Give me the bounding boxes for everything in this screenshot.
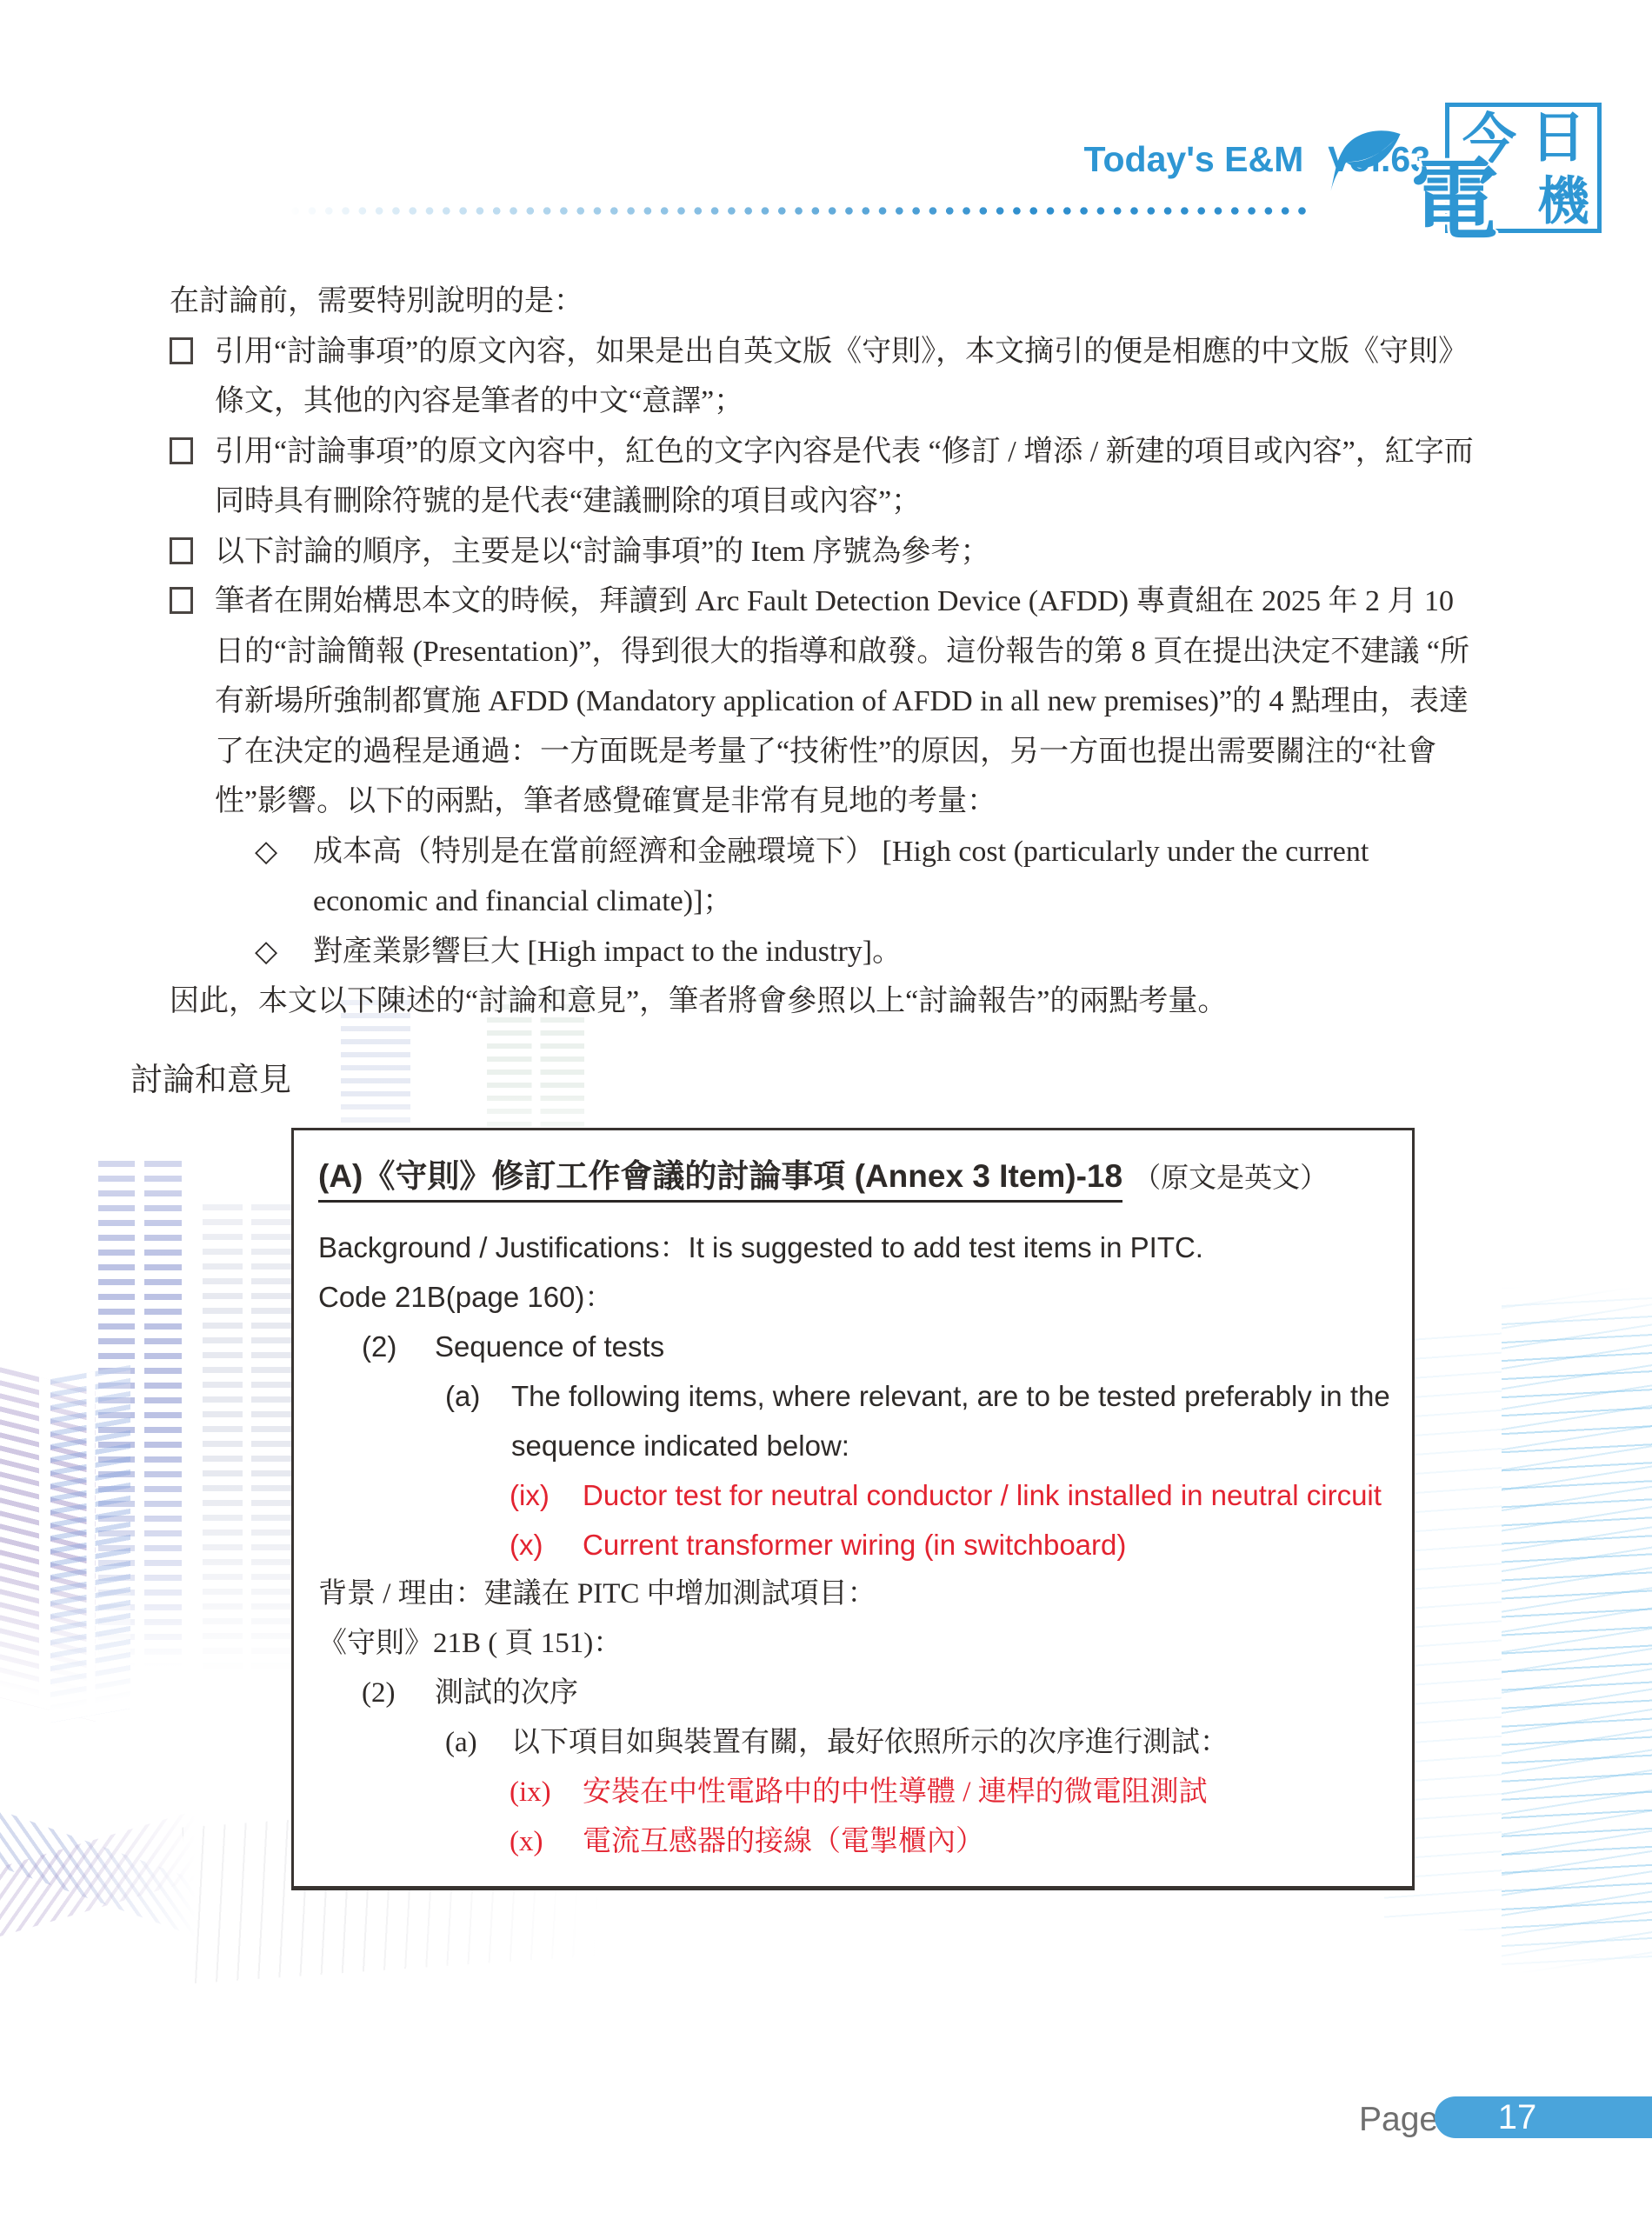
- box-line-text: Sequence of tests: [435, 1322, 1391, 1371]
- sub-note-item-2: ◇對產業影響巨大 [High impact to the industry]。: [255, 927, 1484, 977]
- box-line-label: (2): [362, 1669, 435, 1718]
- box-line-text: Ductor test for neutral conductor / link…: [583, 1470, 1391, 1520]
- box-line-text: 安裝在中性電路中的中性導體 / 連桿的微電阻測試: [583, 1768, 1391, 1817]
- checkbox-marker-icon: [170, 337, 193, 364]
- box-line-10: (a)以下項目如與裝置有關，最好依照所示的次序進行測試：: [445, 1718, 1391, 1768]
- checkbox-marker-icon: [170, 537, 193, 564]
- note-item-1: 引用“討論事項”的原文內容，如果是出自英文版《守則》，本文摘引的便是相應的中文版…: [170, 327, 1484, 427]
- box-line-6: (x)Current transformer wiring (in switch…: [510, 1520, 1391, 1570]
- note-item-2: 引用“討論事項”的原文內容中，紅色的文字內容是代表 “修訂 / 增添 / 新建的…: [170, 427, 1484, 527]
- logo-char-ri: 日: [1530, 110, 1586, 165]
- box-line-2: Code 21B(page 160)：: [318, 1272, 1391, 1322]
- note-text: 以下討論的順序，主要是以“討論事項”的 Item 序號為參考；: [215, 527, 1484, 577]
- diamond-marker-icon: ◇: [255, 827, 313, 927]
- checkbox-marker-icon: [170, 587, 193, 614]
- journal-title: Today's E&M: [1084, 139, 1304, 180]
- sub-note-text: 對產業影響巨大 [High impact to the industry]。: [313, 927, 1484, 977]
- logo-char-dian: 電: [1410, 157, 1499, 245]
- box-line-label: (x): [510, 1520, 583, 1570]
- checkbox-marker-icon: [170, 437, 193, 464]
- box-line-4: (a)The following items, where relevant, …: [445, 1371, 1391, 1470]
- article-content: 在討論前，需要特別說明的是： 引用“討論事項”的原文內容，如果是出自英文版《守則…: [130, 277, 1484, 1890]
- intro-line: 在討論前，需要特別說明的是：: [170, 277, 1484, 327]
- notes-list: 引用“討論事項”的原文內容，如果是出自英文版《守則》，本文摘引的便是相應的中文版…: [170, 327, 1484, 977]
- box-line-text: 背景 / 理由：建議在 PITC 中增加測試項目：: [318, 1570, 1391, 1619]
- box-line-5: (ix)Ductor test for neutral conductor / …: [510, 1470, 1391, 1520]
- diamond-marker-icon: ◇: [255, 927, 313, 977]
- note-text: 引用“討論事項”的原文內容中，紅色的文字內容是代表 “修訂 / 增添 / 新建的…: [215, 427, 1484, 527]
- logo-char-ji: 機: [1537, 176, 1589, 228]
- box-line-label: (a): [445, 1718, 511, 1768]
- box-line-1: Background / Justifications：It is sugges…: [318, 1223, 1391, 1272]
- box-line-7: 背景 / 理由：建議在 PITC 中增加測試項目：: [318, 1570, 1391, 1619]
- box-line-3: (2)Sequence of tests: [362, 1322, 1391, 1371]
- box-line-11: (ix)安裝在中性電路中的中性導體 / 連桿的微電阻測試: [510, 1768, 1391, 1817]
- box-line-text: 測試的次序: [435, 1669, 1391, 1718]
- note-text: 筆者在開始構思本文的時候，拜讀到 Arc Fault Detection Dev…: [215, 576, 1484, 976]
- closing-line: 因此，本文以下陳述的“討論和意見”，筆者將會參照以上“討論報告”的兩點考量。: [170, 976, 1484, 1027]
- box-line-label: (ix): [510, 1768, 583, 1817]
- box-line-label: (2): [362, 1322, 435, 1371]
- note-text: 引用“討論事項”的原文內容，如果是出自英文版《守則》，本文摘引的便是相應的中文版…: [215, 327, 1484, 427]
- box-line-9: (2)測試的次序: [362, 1669, 1391, 1718]
- note-item-4: 筆者在開始構思本文的時候，拜讀到 Arc Fault Detection Dev…: [170, 576, 1484, 976]
- building-watermark-left-cluster-2: [50, 1365, 130, 1723]
- article-body: 在討論前，需要特別說明的是： 引用“討論事項”的原文內容，如果是出自英文版《守則…: [170, 277, 1484, 1027]
- page-label: Page: [1359, 2101, 1438, 2139]
- box-line-text: 以下項目如與裝置有關，最好依照所示的次序進行測試：: [511, 1718, 1391, 1768]
- sub-note-text: 成本高（特別是在當前經濟和金融環境下） [High cost (particul…: [313, 827, 1484, 927]
- wave-lines-watermark-right: [1502, 1287, 1652, 1974]
- box-line-text: Code 21B(page 160)：: [318, 1272, 1391, 1322]
- box-line-label: (x): [510, 1817, 583, 1867]
- sub-note-item-1: ◇成本高（特別是在當前經濟和金融環境下） [High cost (particu…: [255, 827, 1484, 927]
- page-number: 17: [1498, 2098, 1537, 2137]
- section-heading: 討論和意見: [130, 1058, 1484, 1103]
- box-line-text: Current transformer wiring (in switchboa…: [583, 1520, 1391, 1570]
- magazine-page: Today's E&M Vol.63 今 日 電 機 在討論前，需要特別說明的是…: [0, 0, 1652, 2226]
- dotted-divider: [287, 206, 1311, 216]
- box-line-12: (x)電流互感器的接線（電掣櫃內）: [510, 1817, 1391, 1867]
- box-line-label: (ix): [510, 1470, 583, 1520]
- discussion-box-title: (A)《守則》修訂工作會議的討論事項 (Annex 3 Item)-18（原文是…: [318, 1150, 1391, 1203]
- page-number-badge: 17: [1435, 2096, 1652, 2138]
- box-line-text: 電流互感器的接線（電掣櫃內）: [583, 1817, 1391, 1867]
- discussion-box: (A)《守則》修訂工作會議的討論事項 (Annex 3 Item)-18（原文是…: [291, 1128, 1415, 1890]
- leaf-icon: [1329, 127, 1403, 197]
- note-item-3: 以下討論的順序，主要是以“討論事項”的 Item 序號為參考；: [170, 527, 1484, 577]
- discussion-box-title-note: （原文是英文）: [1133, 1162, 1328, 1193]
- box-line-text: The following items, where relevant, are…: [511, 1371, 1391, 1470]
- box-line-text: 《守則》21B ( 頁 151)：: [318, 1619, 1391, 1669]
- box-line-text: Background / Justifications：It is sugges…: [318, 1223, 1391, 1272]
- magazine-logo: 今 日 電 機: [1445, 103, 1602, 233]
- box-line-label: (a): [445, 1371, 511, 1470]
- box-line-8: 《守則》21B ( 頁 151)：: [318, 1619, 1391, 1669]
- discussion-box-title-main: (A)《守則》修訂工作會議的討論事項 (Annex 3 Item)-18: [318, 1158, 1122, 1203]
- discussion-box-lines: Background / Justifications：It is sugges…: [318, 1223, 1391, 1867]
